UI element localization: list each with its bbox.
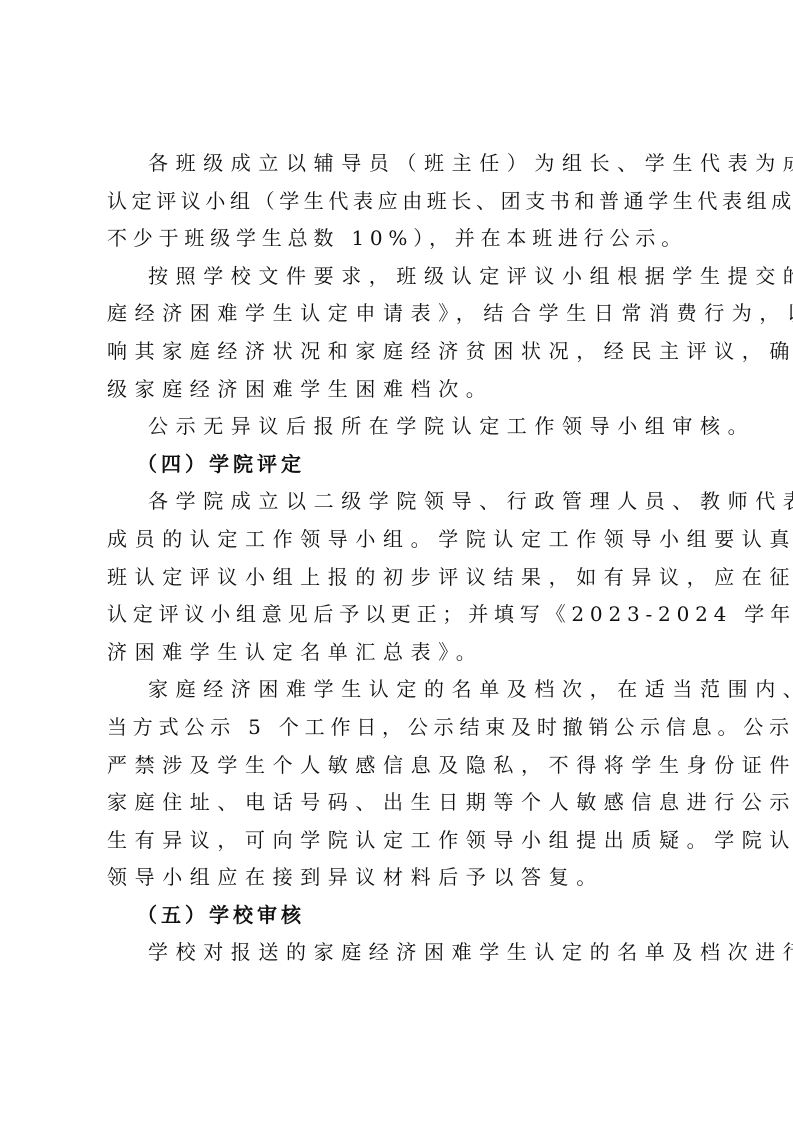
section-heading-college-evaluation: （四）学院评定 bbox=[107, 446, 695, 484]
paragraph-class-committee: 各班级成立以辅导员（班主任）为组长、学生代表为成员的 认定评议小组（学生代表应由… bbox=[107, 145, 695, 258]
text-line: 级家庭经济困难学生困难档次。 bbox=[107, 371, 695, 409]
text-line: 成员的认定工作领导小组。学院认定工作领导小组要认真审核各 bbox=[107, 521, 695, 559]
document-page: 各班级成立以辅导员（班主任）为组长、学生代表为成员的 认定评议小组（学生代表应由… bbox=[107, 145, 695, 972]
text-line: 庭经济困难学生认定申请表》，结合学生日常消费行为，以及影 bbox=[107, 295, 695, 333]
text-line: 各班级成立以辅导员（班主任）为组长、学生代表为成员的 bbox=[107, 145, 695, 183]
paragraph-public-notice: 家庭经济困难学生认定的名单及档次，在适当范围内、以适 当方式公示 5 个工作日，… bbox=[107, 671, 695, 897]
text-line: 当方式公示 5 个工作日，公示结束及时撤销公示信息。公示时， bbox=[107, 709, 695, 747]
section-heading: （四）学院评定 bbox=[107, 446, 695, 484]
text-line: 按照学校文件要求，班级认定评议小组根据学生提交的《家 bbox=[107, 258, 695, 296]
paragraph-school-review: 学校对报送的家庭经济困难学生认定的名单及档次进行审 bbox=[107, 934, 695, 972]
section-heading-school-review: （五）学校审核 bbox=[107, 897, 695, 935]
paragraph-class-evaluation: 按照学校文件要求，班级认定评议小组根据学生提交的《家 庭经济困难学生认定申请表》… bbox=[107, 258, 695, 408]
text-line: 公示无异议后报所在学院认定工作领导小组审核。 bbox=[107, 408, 695, 446]
text-line: 认定评议小组意见后予以更正；并填写《2023-2024 学年家庭经 bbox=[107, 596, 695, 634]
paragraph-college-committee: 各学院成立以二级学院领导、行政管理人员、教师代表等为 成员的认定工作领导小组。学… bbox=[107, 483, 695, 671]
text-line: 认定评议小组（学生代表应由班长、团支书和普通学生代表组成， bbox=[107, 183, 695, 221]
text-line: 不少于班级学生总数 10%），并在本班进行公示。 bbox=[107, 220, 695, 258]
text-line: 济困难学生认定名单汇总表》。 bbox=[107, 634, 695, 672]
text-line: 学校对报送的家庭经济困难学生认定的名单及档次进行审 bbox=[107, 934, 695, 972]
text-line: 家庭住址、电话号码、出生日期等个人敏感信息进行公示。如师 bbox=[107, 784, 695, 822]
text-line: 领导小组应在接到异议材料后予以答复。 bbox=[107, 859, 695, 897]
text-line: 各学院成立以二级学院领导、行政管理人员、教师代表等为 bbox=[107, 483, 695, 521]
text-line: 响其家庭经济状况和家庭经济贫困状况，经民主评议，确定本班 bbox=[107, 333, 695, 371]
paragraph-submit-review: 公示无异议后报所在学院认定工作领导小组审核。 bbox=[107, 408, 695, 446]
section-heading: （五）学校审核 bbox=[107, 897, 695, 935]
text-line: 生有异议，可向学院认定工作领导小组提出质疑。学院认定工作 bbox=[107, 822, 695, 860]
text-line: 严禁涉及学生个人敏感信息及隐私，不得将学生身份证件号码、 bbox=[107, 747, 695, 785]
text-line: 班认定评议小组上报的初步评议结果，如有异议，应在征得班级 bbox=[107, 559, 695, 597]
text-line: 家庭经济困难学生认定的名单及档次，在适当范围内、以适 bbox=[107, 671, 695, 709]
